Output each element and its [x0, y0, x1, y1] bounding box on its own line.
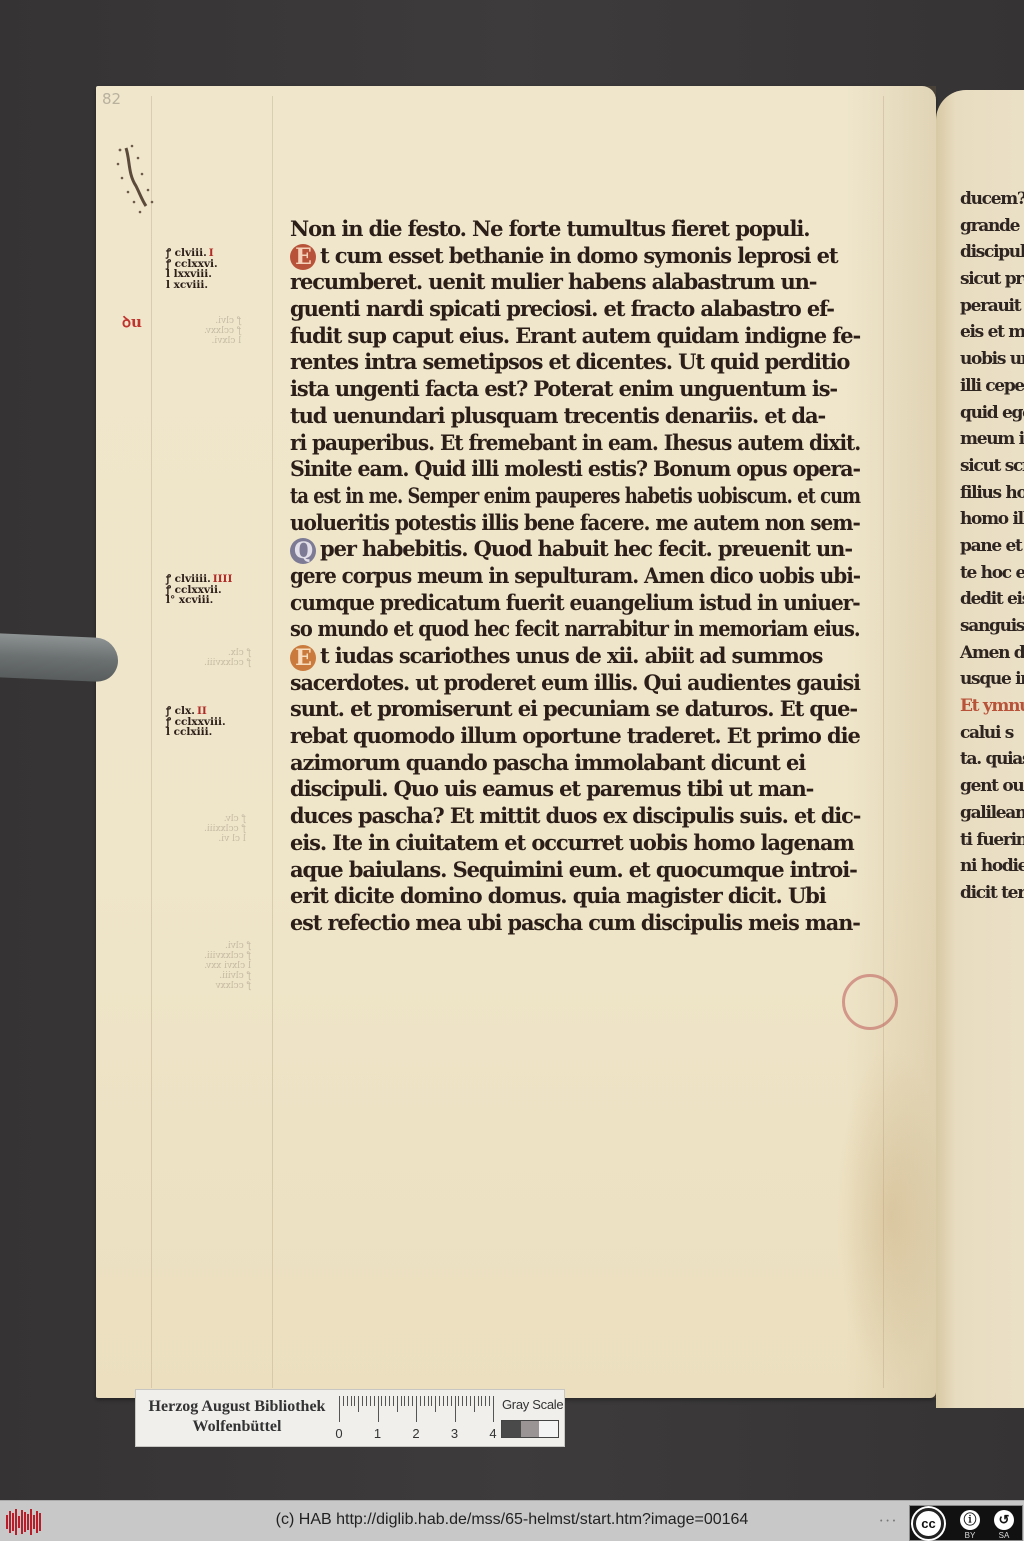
facing-text-line: calui s — [960, 720, 1024, 747]
ruler-tick — [474, 1396, 475, 1412]
share-alike-icon: ↺ — [994, 1510, 1014, 1530]
ruling-line — [151, 96, 152, 1388]
facing-text-line: ni hodie in — [960, 853, 1024, 880]
cc-icon: cc — [913, 1508, 944, 1539]
text-line-content: est refectio mea ubi pascha cum discipul… — [290, 910, 860, 935]
facing-text-line: sicut precera — [960, 266, 1024, 293]
text-line: cumque predicatum fuerit euangelium istu… — [290, 590, 840, 617]
text-line-content: ista ungenti facta est? Poterat enim ung… — [290, 376, 837, 401]
ruler-tick — [339, 1396, 340, 1422]
facing-text-line: dedit eis. Et — [960, 586, 1024, 613]
ruler-tick — [412, 1396, 413, 1406]
gray-swatch — [502, 1421, 521, 1437]
ruler-tick — [439, 1396, 440, 1406]
ruling-line — [272, 96, 273, 1388]
ruler-tick — [466, 1396, 467, 1406]
facing-text-line: Amen dico — [960, 640, 1024, 667]
ruler-tick — [493, 1396, 494, 1422]
facing-text-line: filius hois t — [960, 480, 1024, 507]
page-holder-blade — [0, 633, 118, 682]
text-line-content: aque baiulans. Sequimini eum. et quocumq… — [290, 857, 857, 882]
concordance-note: ꝭ clviiii.IIIIꝭ cclxxvii.l° xcviii. — [166, 574, 232, 606]
text-line: discipuli. Quo uis eamus et paremus tibi… — [290, 776, 860, 803]
ruler-tick — [397, 1396, 398, 1412]
facing-text-line: quid ego. — [960, 400, 1024, 427]
text-line: tud uenundari plusquam trecentis denarii… — [290, 403, 860, 430]
text-line-content: so mundo et quod hec fecit narrabitur in… — [290, 616, 860, 641]
gray-scale-swatches — [501, 1420, 559, 1438]
text-line: gere corpus meum in sepulturam. Amen dic… — [290, 563, 832, 590]
ruler-tick — [458, 1396, 459, 1406]
text-line: Qper habebitis. Quod habuit hec fecit. p… — [290, 536, 860, 563]
bleed-through-note: ꝭ clvi. ꝭ cclxxviii. l clxvi xxv. ꝭ clvi… — [204, 941, 251, 991]
ruler-tick — [435, 1396, 436, 1412]
text-line: rentes intra semetipsos et dicentes. Ut … — [290, 349, 860, 376]
ruler-tick — [416, 1396, 417, 1422]
text-line-content: sunt. et promiserunt ei pecuniam se datu… — [290, 696, 857, 721]
text-line: recumberet. uenit mulier habens alabastr… — [290, 269, 860, 296]
copyright-link[interactable]: (c) HAB http://diglib.hab.de/mss/65-helm… — [0, 1511, 1024, 1529]
facing-text-line: usque in die — [960, 666, 1024, 693]
facing-text-line: sanguis ms — [960, 613, 1024, 640]
ruler-tick — [420, 1396, 421, 1406]
ruler-tick — [343, 1396, 344, 1406]
facing-text-line: dicit ter n — [960, 880, 1024, 907]
facing-text-line: ti fuerint. — [960, 827, 1024, 854]
text-line-content: uolueritis potestis illis bene facere. m… — [290, 510, 860, 535]
facing-text-line: gent oue — [960, 773, 1024, 800]
ruler-tick — [385, 1396, 386, 1406]
ruler-label: 4 — [489, 1426, 496, 1441]
measurement-ruler: 01234 — [339, 1396, 495, 1442]
by-label: BY — [960, 1531, 980, 1540]
text-line-content: t iudas scariothes unus de xii. abiit ad… — [320, 643, 822, 668]
text-line-content: Non in die festo. Ne forte tumultus fier… — [290, 216, 809, 241]
text-line-content: t cum esset bethanie in domo symonis lep… — [320, 243, 838, 268]
concordance-note: ꝭ clx.IIꝭ cclxxviii.l cclxiii. — [166, 706, 226, 738]
ruler-tick — [428, 1396, 429, 1406]
ruler-tick — [455, 1396, 456, 1422]
text-line-content: per habebitis. Quod habuit hec fecit. pr… — [320, 536, 852, 561]
facing-text-line: te hoc est co — [960, 560, 1024, 587]
ruler-tick — [489, 1396, 490, 1406]
facing-text-line: perauit fac — [960, 293, 1024, 320]
facing-text-line: pane et bu — [960, 533, 1024, 560]
text-line: sunt. et promiserunt ei pecuniam se datu… — [290, 696, 860, 723]
facing-text-line: discipuli en — [960, 239, 1024, 266]
gray-swatch — [539, 1421, 558, 1437]
text-line: rebat quomodo illum oportune traderet. E… — [290, 723, 859, 750]
facing-text-line: Et ymnu — [960, 693, 1024, 720]
folio-number: 82 — [102, 90, 121, 108]
bleed-through-note: ꝭ clv. ꝭ cclxxiii. l cl vi. — [204, 814, 246, 844]
ruler-tick — [451, 1396, 452, 1406]
bleed-through-note: ꝭ clx. ꝭ cclxxviii. — [204, 648, 251, 668]
text-line-content: rebat quomodo illum oportune traderet. E… — [290, 723, 860, 748]
ruler-tick — [401, 1396, 402, 1406]
institution-line1: Herzog August Bibliothek — [142, 1397, 332, 1417]
text-line-content: duces pascha? Et mittit duos ex discipul… — [290, 803, 860, 828]
color-scale-card: Herzog August Bibliothek Wolfenbüttel 01… — [135, 1389, 565, 1447]
ruler-tick — [351, 1396, 352, 1406]
manuscript-folio: 82 ꝭ clviii.Iꝭ cclxxvi.l lxxviii.l xcvii… — [96, 86, 936, 1398]
text-line-content: cumque predicatum fuerit euangelium istu… — [290, 590, 860, 615]
ruler-tick — [462, 1396, 463, 1406]
ruler-label: 0 — [335, 1426, 342, 1441]
text-line: Et cum esset bethanie in domo symonis le… — [290, 243, 860, 270]
facing-text-line: uobis unus m — [960, 346, 1024, 373]
ruler-tick — [485, 1396, 486, 1406]
main-text-column: Non in die festo. Ne forte tumultus fier… — [290, 216, 860, 937]
text-line: duces pascha? Et mittit duos ex discipul… — [290, 803, 855, 830]
facing-text-line: ducem? Et i — [960, 186, 1024, 213]
ruler-tick — [358, 1396, 359, 1412]
foxing-stain — [836, 1046, 946, 1386]
decorated-initial: Q — [290, 538, 316, 564]
ruler-tick — [374, 1396, 375, 1406]
ruler-tick — [408, 1396, 409, 1406]
facing-text-line: galileam. — [960, 800, 1024, 827]
gray-scale-label: Gray Scale — [502, 1397, 563, 1412]
text-line: Sinite eam. Quid illi molesti estis? Bon… — [290, 456, 847, 483]
ruler-tick — [424, 1396, 425, 1406]
text-line: ista ungenti facta est? Poterat enim ung… — [290, 376, 860, 403]
facing-text-line: sicut scriptu — [960, 453, 1024, 480]
gray-swatch — [521, 1421, 540, 1437]
footer-bar: (c) HAB http://diglib.hab.de/mss/65-helm… — [0, 1500, 1024, 1541]
ruler-label: 2 — [412, 1426, 419, 1441]
text-line: azimorum quando pascha immolabant dicunt… — [290, 750, 860, 777]
text-line: so mundo et quod hec fecit narrabitur in… — [290, 616, 816, 643]
ruler-tick — [370, 1396, 371, 1406]
text-line-content: ri pauperibus. Et fremebant in eam. Ihes… — [290, 430, 860, 455]
text-line: fudit sup caput eius. Erant autem quidam… — [290, 323, 860, 350]
text-line-content: gere corpus meum in sepulturam. Amen dic… — [290, 563, 860, 588]
ruler-tick — [354, 1396, 355, 1406]
decorated-initial: E — [290, 244, 316, 270]
bleed-through-note: ꝭ clvi. ꝭ cclxxv. l clxvi. — [204, 316, 241, 346]
bleed-through-initial — [842, 974, 898, 1030]
text-line-content: fudit sup caput eius. Erant autem quidam… — [290, 323, 860, 348]
text-line: Non in die festo. Ne forte tumultus fier… — [290, 216, 860, 243]
text-line-content: guenti nardi spicati preciosi. et fracto… — [290, 296, 834, 321]
text-line: est refectio mea ubi pascha cum discipul… — [290, 910, 855, 937]
ruler-tick — [470, 1396, 471, 1406]
concordance-note: ꝭ clviii.Iꝭ cclxxvi.l lxxviii.l xcviii. — [166, 248, 218, 290]
text-line: aque baiulans. Sequimini eum. et quocumq… — [290, 857, 860, 884]
text-line: uolueritis potestis illis bene facere. m… — [290, 510, 835, 537]
manuscript-viewer: 82 ꝭ clviii.Iꝭ cclxxvi.l lxxviii.l xcvii… — [0, 0, 1024, 1500]
cc-license-badge[interactable]: cc ⓘ BY ↺ SA — [909, 1505, 1023, 1541]
text-line-content: eis. Ite in ciuitatem et occurret uobis … — [290, 830, 854, 855]
footer-dots: • • • — [880, 1518, 896, 1525]
text-line: ri pauperibus. Et fremebant in eam. Ihes… — [290, 430, 835, 457]
text-line-content: recumberet. uenit mulier habens alabastr… — [290, 269, 816, 294]
by-attribution-icon: ⓘ — [960, 1510, 980, 1530]
text-line-content: erit dicite domino domus. quia magister … — [290, 883, 826, 908]
text-line: Et iudas scariothes unus de xii. abiit a… — [290, 643, 860, 670]
text-line: ta est in me. Semper enim pauperes habet… — [290, 483, 775, 510]
ruler-tick — [366, 1396, 367, 1406]
text-line: erit dicite domino domus. quia magister … — [290, 883, 860, 910]
text-line-content: rentes intra semetipsos et dicentes. Ut … — [290, 349, 849, 374]
facing-text-line: meum in cam — [960, 426, 1024, 453]
text-line: guenti nardi spicati preciosi. et fracto… — [290, 296, 860, 323]
ruler-label: 1 — [374, 1426, 381, 1441]
facing-text-line: homo ille. — [960, 506, 1024, 533]
text-line: eis. Ite in ciuitatem et occurret uobis … — [290, 830, 860, 857]
text-line: sacerdotes. ut proderet eum illis. Qui a… — [290, 670, 849, 697]
facing-page: ducem? Et igrande stradiscipuli ensicut … — [936, 90, 1024, 1408]
text-line-content: tud uenundari plusquam trecentis denarii… — [290, 403, 825, 428]
text-line-content: Sinite eam. Quid illi molesti estis? Bon… — [290, 456, 860, 481]
ruler-tick — [431, 1396, 432, 1406]
institution-line2: Wolfenbüttel — [142, 1417, 332, 1437]
text-line-content: sacerdotes. ut proderet eum illis. Qui a… — [290, 670, 860, 695]
ruler-tick — [478, 1396, 479, 1406]
text-line-content: ta est in me. Semper enim pauperes habet… — [290, 483, 860, 508]
facing-text-line: grande stra — [960, 213, 1024, 240]
ruler-tick — [443, 1396, 444, 1406]
ruler-tick — [393, 1396, 394, 1406]
marginal-red-mark: ꝺu — [122, 312, 142, 332]
facing-text-line: ta. quias — [960, 746, 1024, 773]
ruler-tick — [389, 1396, 390, 1406]
ruler-tick — [378, 1396, 379, 1422]
ruler-tick — [481, 1396, 482, 1406]
facing-text-line: illi ceperunt c — [960, 373, 1024, 400]
marginal-drawing-icon — [112, 140, 156, 220]
ruler-tick — [362, 1396, 363, 1406]
sa-label: SA — [994, 1531, 1014, 1540]
ruler-tick — [347, 1396, 348, 1406]
ruler-tick — [404, 1396, 405, 1406]
ruler-tick — [381, 1396, 382, 1406]
text-line-content: discipuli. Quo uis eamus et paremus tibi… — [290, 776, 813, 801]
facing-page-text: ducem? Et igrande stradiscipuli ensicut … — [960, 186, 1024, 907]
decorated-initial: E — [290, 645, 316, 671]
ruler-label: 3 — [451, 1426, 458, 1441]
facing-text-line: eis et manda — [960, 319, 1024, 346]
institution-name: Herzog August Bibliothek Wolfenbüttel — [142, 1397, 332, 1437]
ruler-tick — [447, 1396, 448, 1406]
text-line-content: azimorum quando pascha immolabant dicunt… — [290, 750, 805, 775]
